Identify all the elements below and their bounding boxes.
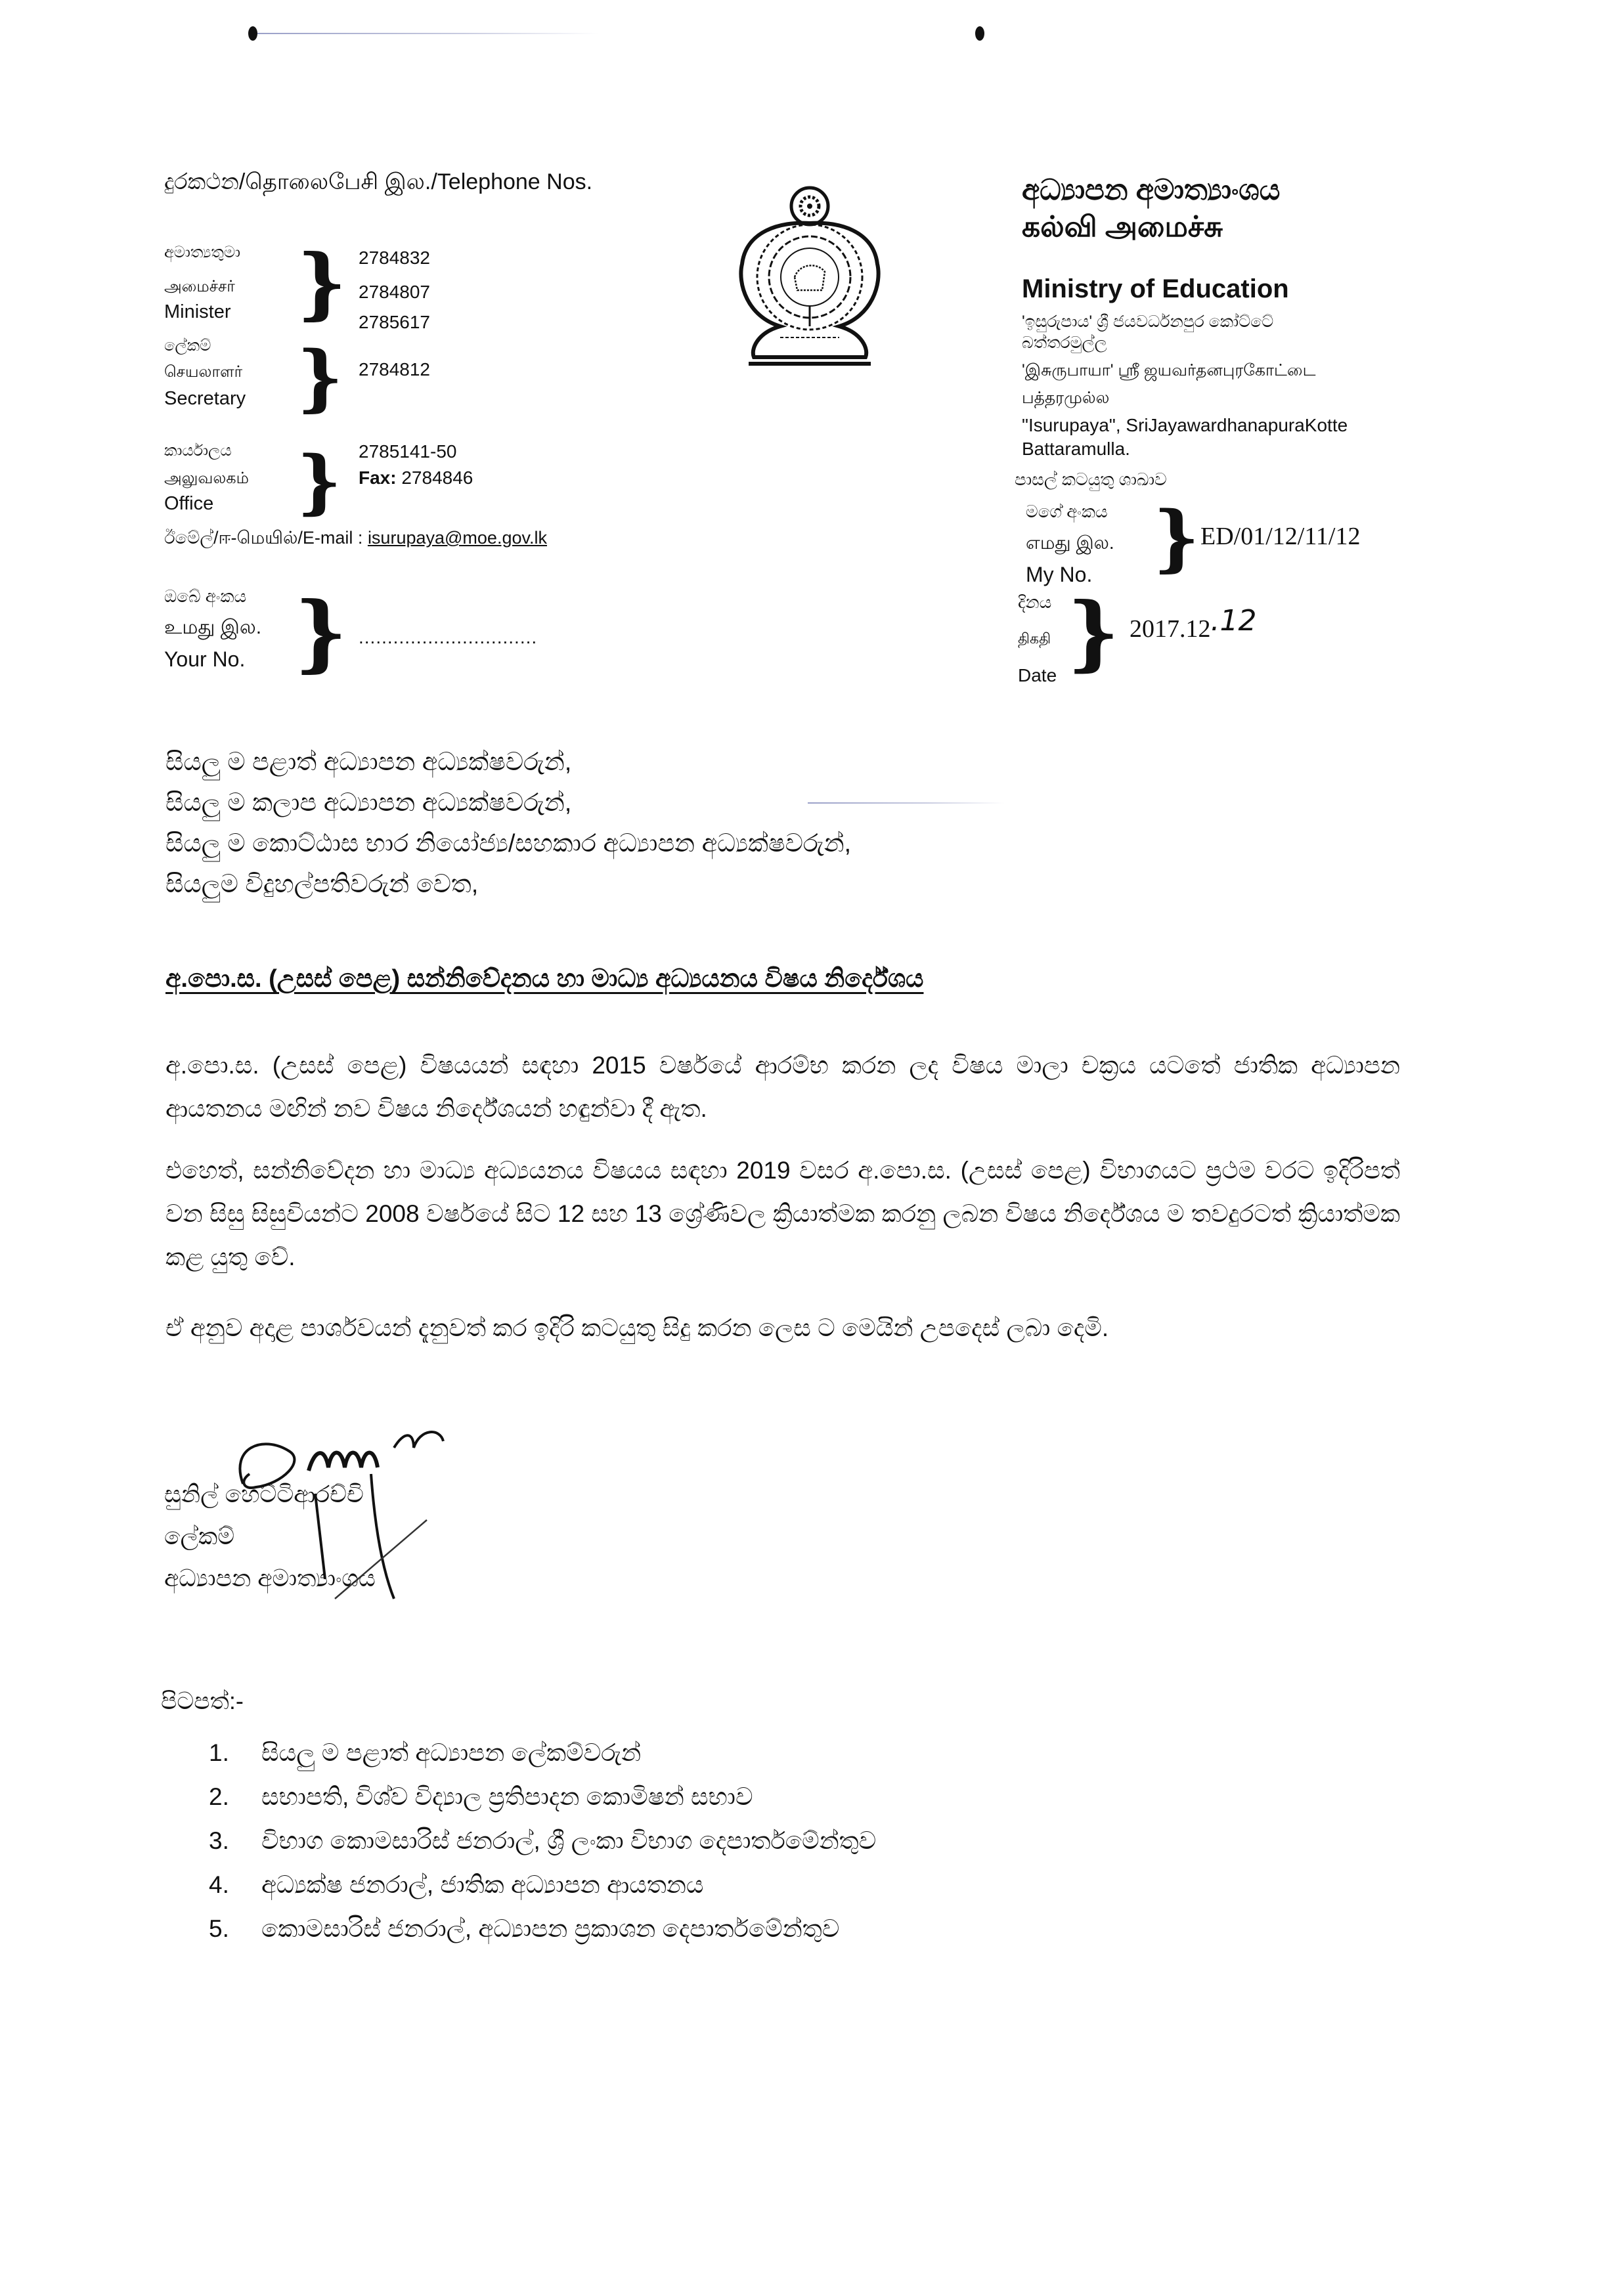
signatory-block: සුනිල් හෙට්ටිආරච්චි ලේකම් අධ්‍යාපන අමාත්… <box>164 1476 376 1597</box>
signatory-organization: අධ්‍යාපන අමාත්‍යාංශය <box>164 1560 376 1597</box>
recipient-line: සියලුම විදුහල්පතිවරුන් වෙත, <box>165 864 851 905</box>
recipient-line: සියලු ම පළාත් අධ්‍යාපන අධ්‍යක්ෂවරුන්, <box>165 742 851 783</box>
minister-labels: අමාත්‍යතුමා அமைச்சர் Minister <box>164 243 240 324</box>
list-item: 4.අධ්‍යක්ෂ ජනරාල්, ජාතික අධ්‍යාපන ආයතනය <box>209 1863 876 1907</box>
punch-hole-mark <box>975 26 984 41</box>
recipient-line: සියලු ම කලාප අධ්‍යාපන අධ්‍යක්ෂවරුන්, <box>165 783 851 823</box>
ministry-name-si: අධ්‍යාපන අමාත්‍යාංශය <box>1022 172 1280 209</box>
recipient-line: සියලු ම කොට්ඨාස භාර නියෝජ්‍ය/සහකාර අධ්‍ය… <box>165 823 851 864</box>
signatory-name: සුනිල් හෙට්ටිආරච්චි <box>164 1476 376 1513</box>
handwritten-day: .12 <box>1211 604 1257 638</box>
list-item: 2.සභාපති, විශ්ව විද්‍යාල ප්‍රතිපාදන කොමි… <box>209 1775 876 1819</box>
punch-hole-mark <box>248 26 257 41</box>
telephone-heading: දුරකථන/தொலைபேசி இல./Telephone Nos. <box>164 169 592 198</box>
body-paragraph-2: එහෙත්, සන්නිවේදන හා මාධ්‍ය අධ්‍යයනය විෂය… <box>165 1149 1400 1279</box>
ministry-name-block: අධ්‍යාපන අමාත්‍යාංශය கல்வி அமைச்சு <box>1022 172 1280 246</box>
list-item: 3.විභාග කොමසාරිස් ජනරාල්, ශ්‍රී ලංකා විභ… <box>209 1819 876 1863</box>
office-numbers: 2785141-50 Fax: 2784846 <box>359 439 473 491</box>
subject-line: අ.පො.ස. (උසස් පෙළ) සන්නිවේදනය හා මාධ්‍ය … <box>165 965 923 993</box>
email-row: ඊමේල්/ஈ-மெயில்/E-mail : isurupaya@moe.go… <box>164 525 547 550</box>
body-paragraph-1: අ.පො.ස. (උසස් පෙළ) විෂයයන් සඳහා 2015 වර්… <box>165 1044 1400 1131</box>
copies-heading: පිටපත්:- <box>161 1687 244 1716</box>
address-block: 'ඉසුරුපාය' ශ්‍රී ජයවර්ධනපුර කෝට්ටේ බත්තර… <box>1022 311 1348 460</box>
date-labels: දිනය திகதி Date <box>1018 592 1057 688</box>
signatory-title: ලේකම් <box>164 1518 376 1555</box>
your-no-labels: ඔබේ අංකය உமது இல. Your No. <box>164 586 261 672</box>
body-paragraph-3: ඒ අනුව අදාළ පාර්ශවයන් දැනුවත් කර ඉදිරි ක… <box>165 1307 1400 1350</box>
scan-line-artifact <box>257 33 599 34</box>
email-link[interactable]: isurupaya@moe.gov.lk <box>368 528 547 548</box>
secretary-labels: ලේකම් செயலாளர் Secretary <box>164 336 246 411</box>
office-labels: කාර්යාලය அலுவலகம் Office <box>164 441 249 516</box>
brace-icon: } <box>1067 592 1120 674</box>
my-no-labels: මගේ අංකය எமது இல. My No. <box>1026 502 1114 587</box>
branch-name: පාසල් කටයුතු ශාඛාව <box>1015 466 1167 492</box>
minister-numbers: 2784832 2784807 2785617 <box>359 243 430 337</box>
email-label: ඊමේල්/ஈ-மெயில்/E-mail : <box>164 528 362 548</box>
fax-number: 2784846 <box>401 467 473 488</box>
secretary-number: 2784812 <box>359 355 430 385</box>
brace-icon: } <box>297 341 343 414</box>
list-item: 1.සියලු ම පළාත් අධ්‍යාපන ලේකම්වරුන් <box>209 1731 876 1775</box>
copies-list: 1.සියලු ම පළාත් අධ්‍යාපන ලේකම්වරුන් 2.සභ… <box>209 1731 876 1951</box>
brace-icon: } <box>297 446 341 516</box>
your-no-value: ............................... <box>359 622 537 653</box>
my-no-value: ED/01/12/11/12 <box>1200 522 1360 551</box>
brace-icon: } <box>1153 502 1200 574</box>
scan-line-artifact <box>808 802 1005 804</box>
national-emblem-icon <box>734 185 885 376</box>
ministry-name-en: Ministry of Education <box>1022 274 1289 304</box>
brace-icon: } <box>294 591 347 674</box>
ministry-name-ta: கல்வி அமைச்சு <box>1022 209 1280 246</box>
brace-icon: } <box>297 244 347 322</box>
recipients-block: සියලු ම පළාත් අධ්‍යාපන අධ්‍යක්ෂවරුන්, සි… <box>165 742 851 905</box>
list-item: 5.කොමසාරිස් ජනරාල්, අධ්‍යාපන ප්‍රකාශන දෙ… <box>209 1907 876 1951</box>
fax-label: Fax: <box>359 467 397 488</box>
date-value: 2017.12.12 <box>1130 611 1256 644</box>
